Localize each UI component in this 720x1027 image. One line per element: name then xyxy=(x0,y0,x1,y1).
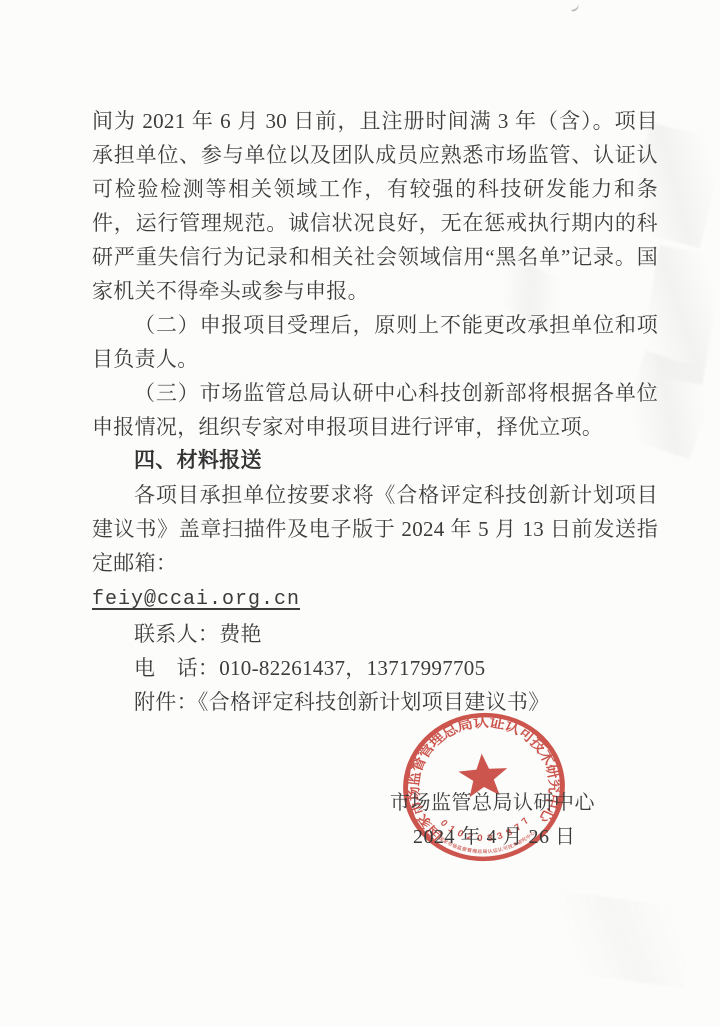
paragraph-item-2: （二）申报项目受理后，原则上不能更改承担单位和项目负责人。 xyxy=(92,308,658,376)
document-body: 间为 2021 年 6 月 30 日前，且注册时间满 3 年（含）。项目承担单位… xyxy=(92,104,658,719)
paragraph-item-3: （三）市场监管总局认研中心科技创新部将根据各单位申报情况，组织专家对申报项目进行… xyxy=(92,376,658,444)
email-line: feiy@ccai.org.cn xyxy=(92,580,658,617)
contact-name: 费艳 xyxy=(219,622,262,646)
signature-org: 市场监管总局认研中心 xyxy=(390,786,595,815)
scan-ghost-artifact xyxy=(555,891,695,988)
pen-mark-artifact xyxy=(569,1,580,12)
phone-numbers: 010-82261437，13717997705 xyxy=(219,656,485,680)
email-address: feiy@ccai.org.cn xyxy=(92,588,300,611)
document-page: 间为 2021 年 6 月 30 日前，且注册时间满 3 年（含）。项目承担单位… xyxy=(0,0,720,1027)
paragraph-materials: 各项目承担单位按要求将《合格评定科技创新计划项目建议书》盖章扫描件及电子版于 2… xyxy=(92,478,658,580)
phone-line: 电 话：010-82261437，13717997705 xyxy=(92,651,658,685)
paragraph-continued: 间为 2021 年 6 月 30 日前，且注册时间满 3 年（含）。项目承担单位… xyxy=(92,104,658,308)
signature-date: 2024 年 4 月 26 日 xyxy=(413,820,576,849)
section-heading: 四、材料报送 xyxy=(92,444,658,478)
contact-label: 联系人： xyxy=(134,622,219,646)
attachment-line: 附件：《合格评定科技创新计划项目建议书》 xyxy=(92,685,658,719)
phone-label: 电 话： xyxy=(134,656,219,680)
contact-line: 联系人：费艳 xyxy=(92,617,658,651)
